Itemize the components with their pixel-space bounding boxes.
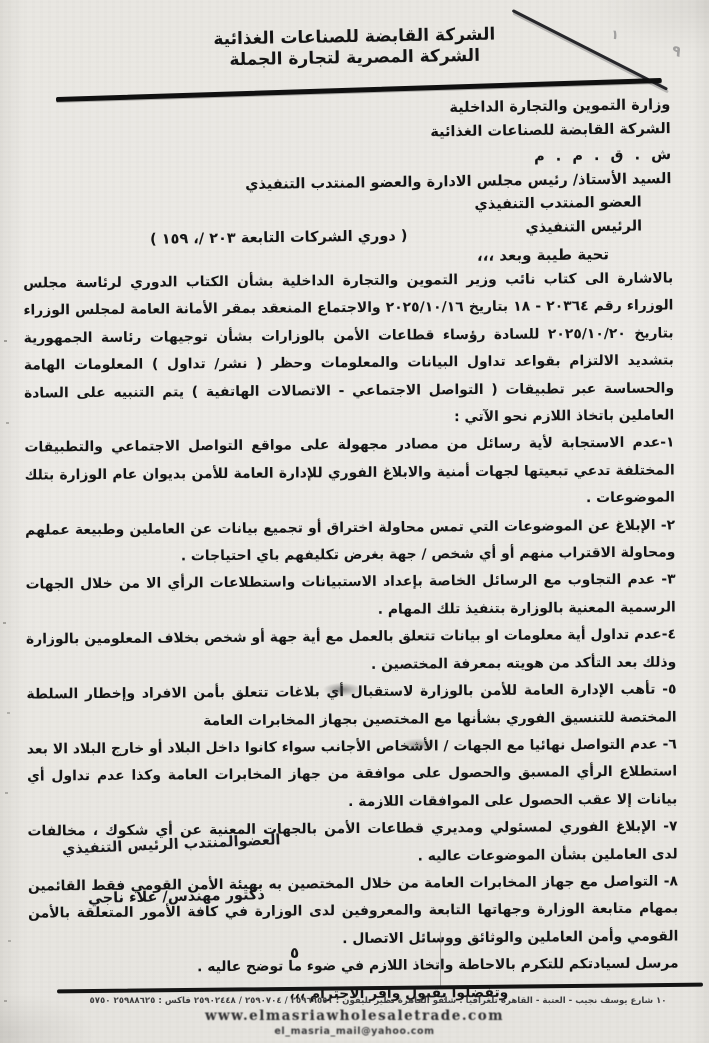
body-item-8: ٨- التواصل مع جهاز المخابرات العامة من خ…	[28, 868, 679, 955]
body-item-1: ١-عدم الاستجابة لأية رسائل من مصادر مجهو…	[24, 430, 675, 517]
scanned-letter-page: ٩ ١ الشركة القابضة للصناعات الغذائية الش…	[0, 0, 709, 1043]
footer-address-phones: ١٠ شارع يوسف نجيب - العتبة - القاهرة تلغ…	[55, 996, 701, 1006]
page-number: ٥	[290, 944, 299, 962]
recipient-block: وزارة التموين والتجارة الداخلية الشركة ا…	[244, 94, 672, 244]
closing-line: مرسل لسيادتكم للتكرم بالاحاطة واتخاذ الل…	[28, 951, 678, 984]
footer-email: el_masria_mail@yahoo.com	[0, 1026, 709, 1037]
body-item-5: ٥- تأهب الإدارة العامة للأمن بالوزارة لا…	[26, 677, 676, 737]
body-item-6: ٦- عدم التواصل نهائيا مع الجهات / الأشخا…	[27, 731, 678, 818]
body-item-4: ٤-عدم تداول أية معلومات او بيانات تتعلق …	[26, 622, 676, 682]
greeting-line: تحية طيبة وبعد ،،،	[477, 245, 609, 264]
recipient-holding-company: الشركة القابضة للصناعات الغذائية	[244, 118, 671, 147]
body-item-2: ٢- الإبلاغ عن الموضوعات التي تمس محاولة …	[25, 512, 675, 572]
body-item-3: ٣- عدم التجاوب مع الرسائل الخاصة بإعداد …	[25, 567, 675, 627]
reference-line: ( دوري الشركات التابعة ٢٠٣ /، ١٥٩ )	[150, 228, 408, 248]
scan-artifact-line	[440, 932, 441, 988]
body-intro: بالاشارة الى كتاب نائب وزير التموين والت…	[23, 265, 674, 435]
scan-speckles	[4, 340, 7, 342]
footer-website: www.elmasriawholesaletrade.com	[0, 1008, 709, 1024]
letterhead: الشركة القابضة للصناعات الغذائية الشركة …	[0, 21, 709, 74]
